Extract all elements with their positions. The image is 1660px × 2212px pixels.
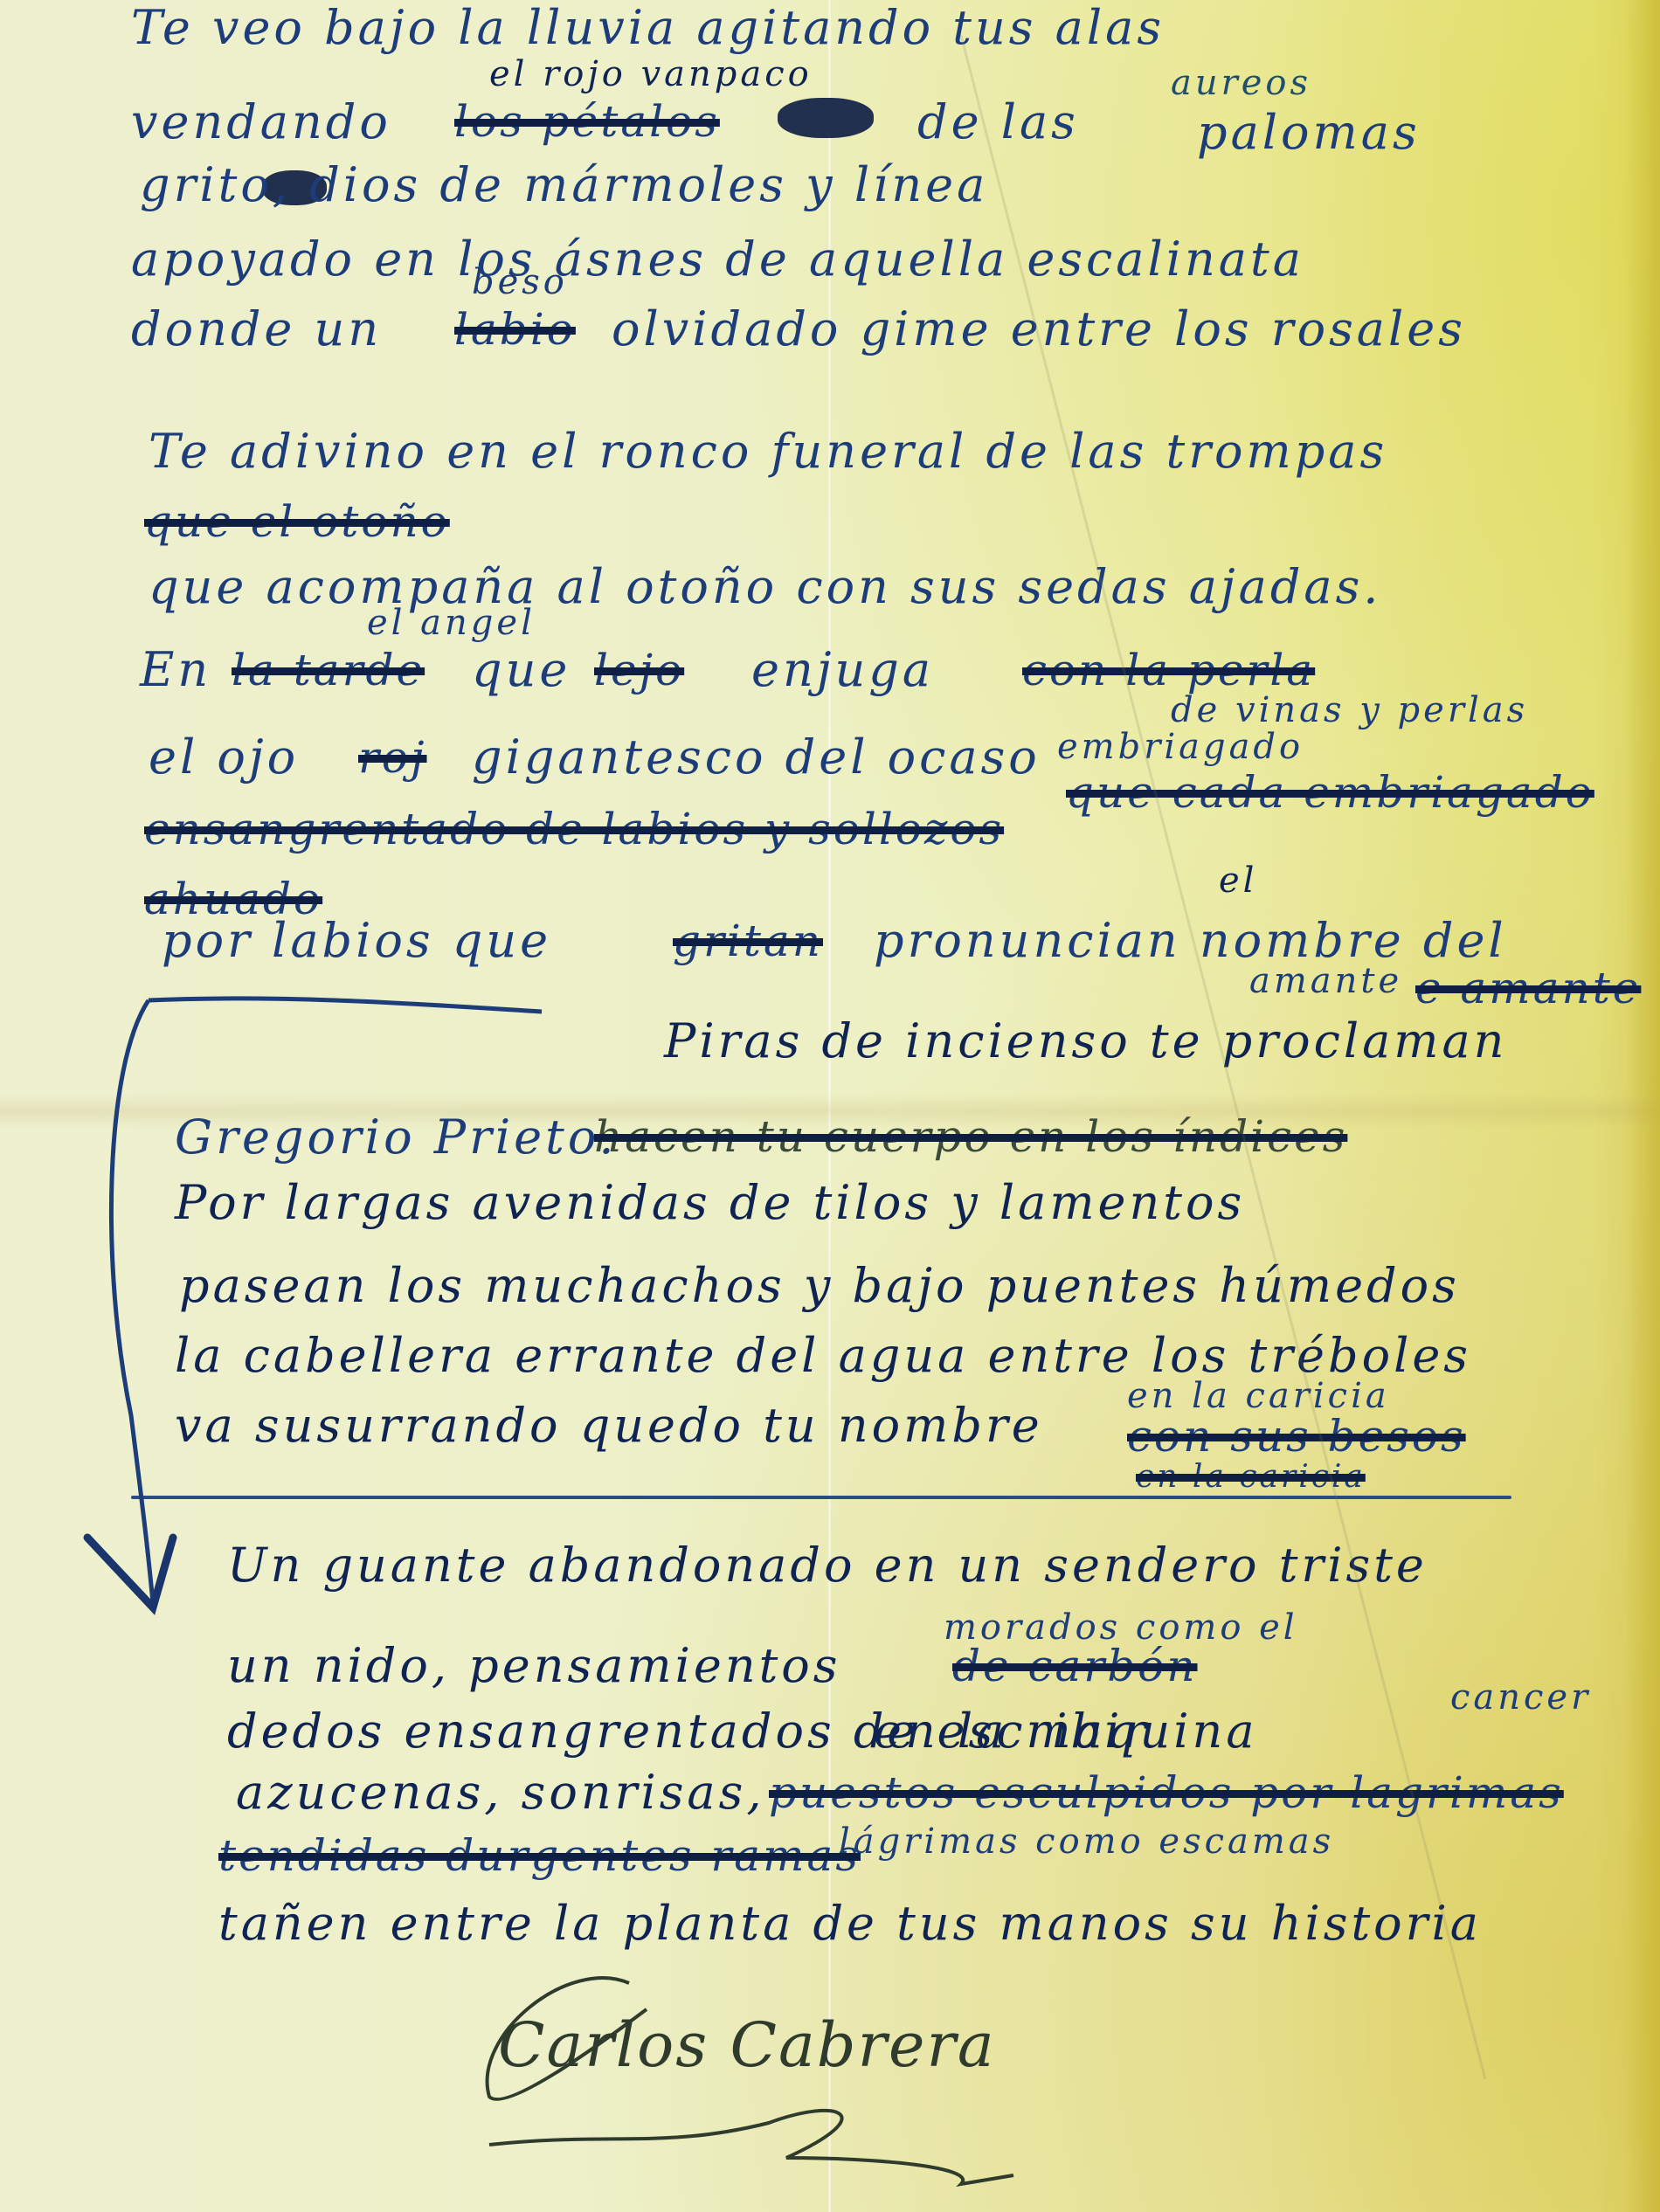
signature-flourish xyxy=(488,1978,647,2099)
arrow-down-icon xyxy=(87,1538,173,1607)
pencil-diagonal-mark xyxy=(961,35,1485,2079)
manuscript-page: Te veo bajo la lluvia agitando tus alas … xyxy=(0,0,1660,2212)
bracket-top-line xyxy=(149,999,542,1012)
signature-underline-flourish xyxy=(489,2111,1013,2184)
hand-drawn-marks xyxy=(0,0,1660,2212)
arrow-shaft xyxy=(111,1000,153,1603)
